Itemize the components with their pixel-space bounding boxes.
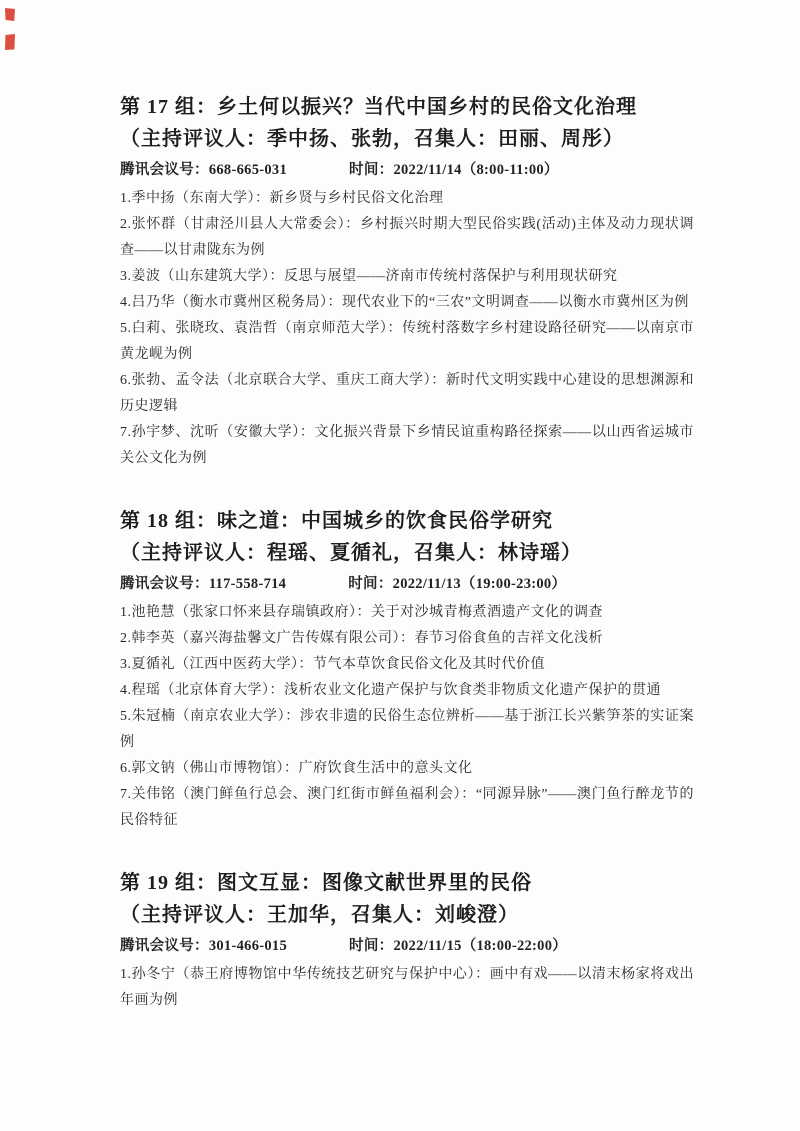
time-value: 2022/11/15（18:00-22:00）	[393, 938, 567, 954]
time-value: 2022/11/14（8:00-11:00）	[393, 162, 558, 178]
session-title: 第 19 组：图文互显：图像文献世界里的民俗	[120, 868, 694, 898]
session-hosts: （主持评议人：王加华，召集人：刘峻澄）	[120, 900, 694, 930]
agenda-item: 3.姜波（山东建筑大学）：反思与展望——济南市传统村落保护与利用现状研究	[120, 264, 694, 290]
agenda-item: 7.关伟铭（澳门鲜鱼行总会、澳门红街市鲜鱼福利会）：“同源异脉”——澳门鱼行醉龙…	[120, 782, 694, 834]
agenda-item: 4.吕乃华（衡水市冀州区税务局）：现代农业下的“三农”文明调查——以衡水市冀州区…	[120, 290, 694, 316]
red-mark-icon	[5, 34, 15, 50]
session-hosts: （主持评议人：程瑶、夏循礼，召集人：林诗瑶）	[120, 538, 694, 568]
session-17: 第 17 组：乡土何以振兴？当代中国乡村的民俗文化治理 （主持评议人：季中扬、张…	[120, 92, 694, 472]
agenda-item: 7.孙宇梦、沈昕（安徽大学）：文化振兴背景下乡情民谊重构路径探索——以山西省运城…	[120, 420, 694, 472]
meeting-info: 腾讯会议号：668-665-031时间：2022/11/14（8:00-11:0…	[120, 159, 694, 181]
time-label: 时间：	[349, 162, 393, 178]
meeting-info: 腾讯会议号：117-558-714时间：2022/11/13（19:00-23:…	[120, 573, 694, 595]
meeting-info: 腾讯会议号：301-466-015时间：2022/11/15（18:00-22:…	[120, 935, 694, 957]
meeting-id-value: 301-466-015	[209, 938, 287, 954]
agenda-item: 2.张怀群（甘肃泾川县人大常委会）：乡村振兴时期大型民俗实践(活动)主体及动力现…	[120, 212, 694, 264]
agenda-item: 3.夏循礼（江西中医药大学）：节气本草饮食民俗文化及其时代价值	[120, 652, 694, 678]
meeting-id-value: 117-558-714	[209, 576, 286, 592]
session-hosts: （主持评议人：季中扬、张勃，召集人：田丽、周彤）	[120, 124, 694, 154]
meeting-id-label: 腾讯会议号：	[120, 576, 209, 592]
agenda-item: 1.池艳慧（张家口怀来县存瑞镇政府）：关于对沙城青梅煮酒遗产文化的调查	[120, 600, 694, 626]
meeting-id-label: 腾讯会议号：	[120, 162, 209, 178]
agenda-item: 2.韩李英（嘉兴海盐馨文广告传媒有限公司）：春节习俗食鱼的吉祥文化浅析	[120, 626, 694, 652]
time-label: 时间：	[348, 576, 392, 592]
session-title: 第 17 组：乡土何以振兴？当代中国乡村的民俗文化治理	[120, 92, 694, 122]
meeting-id-label: 腾讯会议号：	[120, 938, 209, 954]
document-page: 第 17 组：乡土何以振兴？当代中国乡村的民俗文化治理 （主持评议人：季中扬、张…	[0, 0, 800, 1131]
program-content: 第 17 组：乡土何以振兴？当代中国乡村的民俗文化治理 （主持评议人：季中扬、张…	[120, 92, 694, 1014]
session-18: 第 18 组：味之道：中国城乡的饮食民俗学研究 （主持评议人：程瑶、夏循礼，召集…	[120, 506, 694, 834]
agenda-item: 6.郭文钠（佛山市博物馆）：广府饮食生活中的意头文化	[120, 756, 694, 782]
time-value: 2022/11/13（19:00-23:00）	[393, 576, 567, 592]
session-title: 第 18 组：味之道：中国城乡的饮食民俗学研究	[120, 506, 694, 536]
agenda-item: 5.朱冠楠（南京农业大学）：涉农非遗的民俗生态位辨析——基于浙江长兴紫笋茶的实证…	[120, 704, 694, 756]
agenda-item: 1.季中扬（东南大学）：新乡贤与乡村民俗文化治理	[120, 186, 694, 212]
agenda-item: 5.白莉、张晓玫、袁浩哲（南京师范大学）：传统村落数字乡村建设路径研究——以南京…	[120, 316, 694, 368]
agenda-item: 4.程瑶（北京体育大学）：浅析农业文化遗产保护与饮食类非物质文化遗产保护的贯通	[120, 678, 694, 704]
agenda-item: 6.张勃、孟令法（北京联合大学、重庆工商大学）：新时代文明实践中心建设的思想渊源…	[120, 368, 694, 420]
time-label: 时间：	[349, 938, 393, 954]
session-19: 第 19 组：图文互显：图像文献世界里的民俗 （主持评议人：王加华，召集人：刘峻…	[120, 868, 694, 1014]
meeting-id-value: 668-665-031	[209, 162, 287, 178]
red-mark-icon	[5, 8, 15, 21]
agenda-item: 1.孙冬宁（恭王府博物馆中华传统技艺研究与保护中心）：画中有戏——以清末杨家将戏…	[120, 962, 694, 1014]
